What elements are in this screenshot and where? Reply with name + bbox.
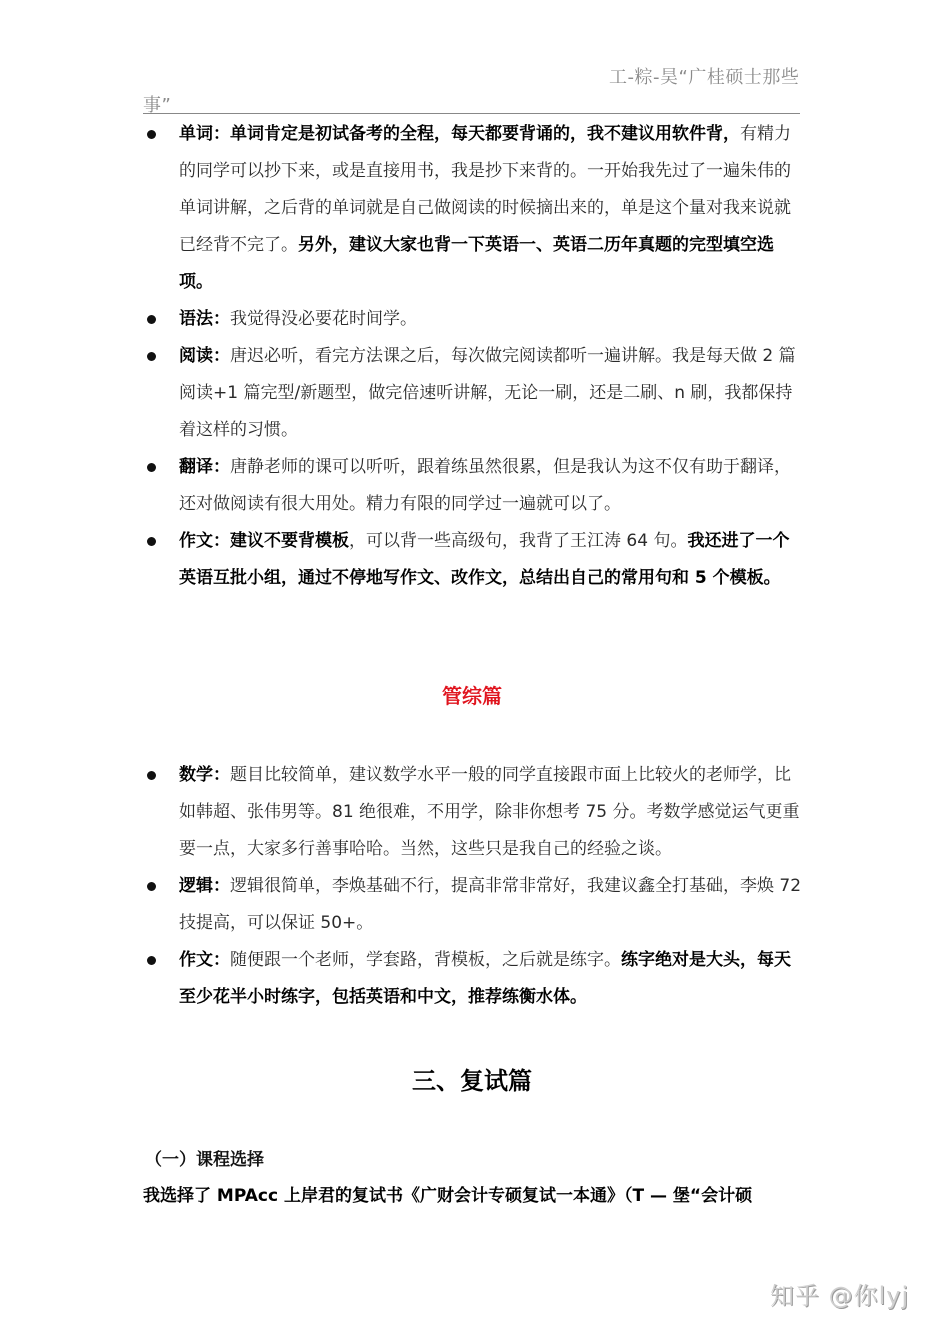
item-label: 翻译：: [179, 457, 230, 477]
list-item: 逻辑：逻辑很简单，李焕基础不行，提高非常非常好，我建议鑫全打基础，李焕 72 技…: [143, 868, 803, 942]
item-label: 语法：: [179, 309, 230, 329]
zhihu-watermark: 知乎 @你lyj: [770, 1276, 909, 1311]
bullet-icon: [147, 882, 156, 891]
bullet-icon: [147, 956, 156, 965]
list-item: 数学：题目比较简单，建议数学水平一般的同学直接跟市面上比较火的老师学，比如韩超、…: [143, 757, 803, 868]
list-item: 阅读：唐迟必听，看完方法课之后，每次做完阅读都听一遍讲解。我是每天做 2 篇阅读…: [143, 338, 803, 449]
body-text: 我觉得没必要花时间学。: [230, 309, 417, 329]
list-item: 翻译：唐静老师的课可以听听，跟着练虽然很累，但是我认为这不仅有助于翻译，还对做阅…: [143, 449, 803, 523]
body-text: 唐静老师的课可以听听，跟着练虽然很累，但是我认为这不仅有助于翻译，还对做阅读有很…: [179, 457, 791, 514]
list-item: 作文：随便跟一个老师，学套路，背模板，之后就是练字。练字绝对是大头，每天至少花半…: [143, 942, 803, 1016]
item-label: 作文：: [179, 531, 230, 551]
bullet-icon: [147, 537, 156, 546]
emphasis-text: 建议不要背模板: [230, 531, 349, 551]
bullet-icon: [147, 352, 156, 361]
list-item: 语法：我觉得没必要花时间学。: [143, 301, 803, 338]
item-label: 逻辑：: [179, 876, 230, 896]
bullet-icon: [147, 463, 156, 472]
header-divider: [143, 113, 800, 114]
item-label: 阅读：: [179, 346, 230, 366]
paragraph-text: 我选择了 MPAcc 上岸君的复试书《广财会计专硕复试一本通》（T — 堡“会计…: [143, 1181, 823, 1206]
emphasis-text: 单词肯定是初试备考的全程，每天都要背诵的，我不建议用软件背，: [230, 124, 740, 144]
body-text: 逻辑很简单，李焕基础不行，提高非常非常好，我建议鑫全打基础，李焕 72 技提高，…: [179, 876, 801, 933]
list-item: 单词：单词肯定是初试备考的全程，每天都要背诵的，我不建议用软件背，有精力的同学可…: [143, 116, 803, 301]
body-text: 唐迟必听，看完方法课之后，每次做完阅读都听一遍讲解。我是每天做 2 篇阅读+1 …: [179, 346, 796, 440]
subsection-title: （一）课程选择: [145, 1145, 264, 1170]
item-label: 单词：: [179, 124, 230, 144]
header-title: 工-粽-昊“广桂硕士那些事”: [143, 64, 800, 120]
guanzong-tips-list: 数学：题目比较简单，建议数学水平一般的同学直接跟市面上比较火的老师学，比如韩超、…: [143, 757, 803, 1016]
bullet-icon: [147, 771, 156, 780]
english-tips-list: 单词：单词肯定是初试备考的全程，每天都要背诵的，我不建议用软件背，有精力的同学可…: [143, 116, 803, 597]
body-text: 随便跟一个老师，学套路，背模板，之后就是练字。: [230, 950, 621, 970]
item-label: 作文：: [179, 950, 230, 970]
page-header: 工-粽-昊“广桂硕士那些事”: [143, 64, 800, 120]
section-title-fushi: 三、复试篇: [0, 1061, 944, 1096]
body-text: ，可以背一些高级句，我背了王江涛 64 句。: [349, 531, 687, 551]
bullet-icon: [147, 130, 156, 139]
list-item: 作文：建议不要背模板，可以背一些高级句，我背了王江涛 64 句。我还进了一个英语…: [143, 523, 803, 597]
section-title-guanzong: 管综篇: [0, 680, 944, 709]
bullet-icon: [147, 315, 156, 324]
item-label: 数学：: [179, 765, 230, 785]
body-text: 题目比较简单，建议数学水平一般的同学直接跟市面上比较火的老师学，比如韩超、张伟男…: [179, 765, 799, 859]
